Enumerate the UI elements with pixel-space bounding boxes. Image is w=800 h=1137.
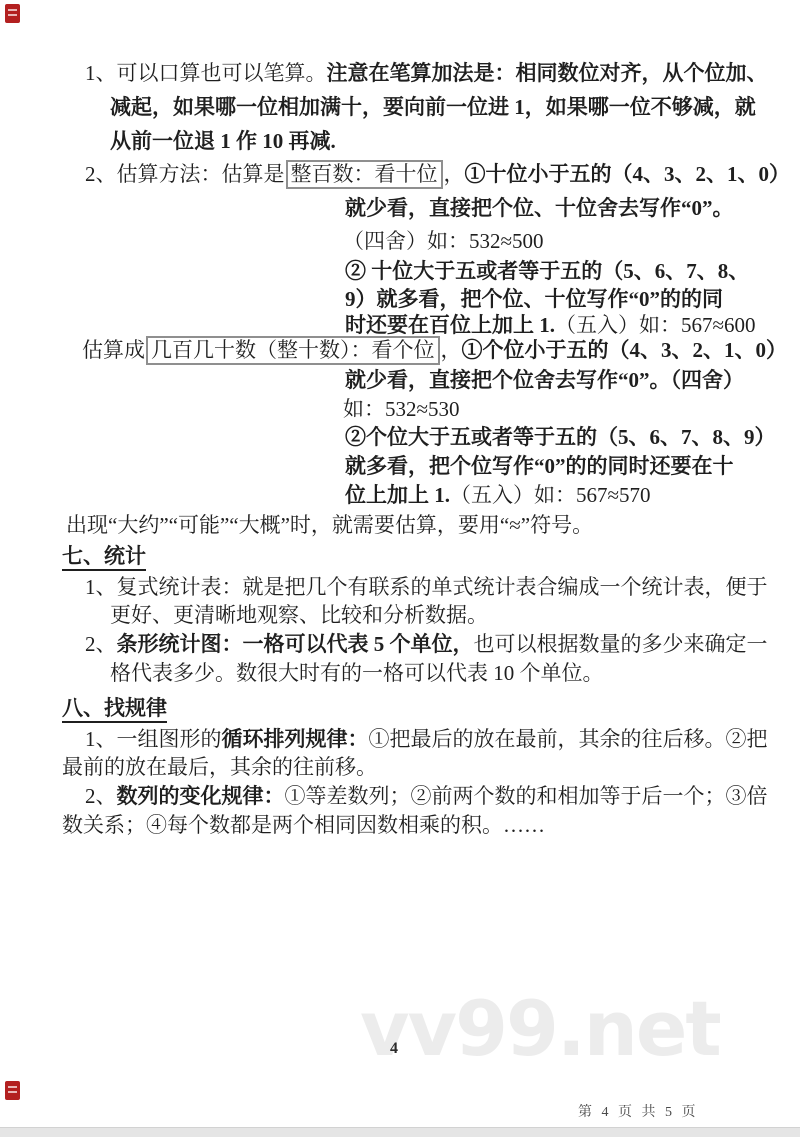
watermark: vv99.net [360, 984, 720, 1073]
text-line: 2、条形统计图：一格可以代表 5 个单位，也可以根据数量的多少来确定一 [85, 631, 768, 657]
footer-page-indicator: 第 4 页 共 5 页 [578, 1101, 699, 1121]
text-line: 估算成几百几十数（整十数）：看个位，①个位小于五的（4、3、2、1、0） [82, 337, 787, 363]
text-line: 减起，如果哪一位相加满十，要向前一位进 1，如果哪一位不够减，就 [110, 94, 756, 120]
text-segment: ， [441, 338, 462, 362]
boxed-term: 整百数：看十位 [286, 160, 443, 189]
text-segment: 减起，如果哪一位相加满十，要向前一位进 1，如果哪一位不够减，就 [110, 95, 756, 119]
text-line: （四舍）如：532≈500 [343, 228, 544, 254]
text-segment: 2、 [85, 784, 117, 808]
page-bottom-edge [0, 1127, 800, 1137]
text-segment: 1、一组图形的 [85, 727, 222, 751]
text-line: 2、估算方法：估算是整百数：看十位，①十位小于五的（4、3、2、1、0） [85, 161, 790, 187]
text-segment: 格代表多少。数很大时有的一格可以代表 10 个单位。 [110, 661, 604, 685]
text-line: 就少看，直接把个位、十位舍去写作“0”。 [345, 195, 734, 221]
text-segment: 估算成 [82, 338, 145, 362]
text-line: 数关系；④每个数都是两个相同因数相乘的积。…… [62, 812, 545, 838]
text-segment: 就少看，直接把个位舍去写作“0”。（四舍） [345, 368, 744, 392]
text-line: 位上加上 1.（五入）如：567≈570 [345, 482, 651, 508]
text-segment: ①个位小于五的（4、3、2、1、0） [462, 338, 788, 362]
text-line: 2、数列的变化规律：①等差数列；②前两个数的和相加等于后一个；③倍 [85, 783, 768, 809]
document-page: vv99.net 1、可以口算也可以笔算。注意在笔算加法是：相同数位对齐，从个位… [0, 0, 800, 1137]
text-segment: 时还要在百位上加上 1. [345, 313, 555, 337]
text-line: 时还要在百位上加上 1.（五入）如：567≈600 [345, 312, 756, 338]
section-heading: 八、找规律 [62, 696, 167, 723]
text-segment: （四舍）如：532≈500 [343, 229, 544, 253]
boxed-term: 几百几十数（整十数）：看个位 [146, 336, 440, 365]
text-segment: 数关系；④每个数都是两个相同因数相乘的积。…… [62, 813, 545, 837]
text-line: ②个位大于五或者等于五的（5、6、7、8、9） [345, 424, 776, 450]
text-line: 1、一组图形的循环排列规律：①把最后的放在最前，其余的往后移。②把 [85, 726, 768, 752]
text-segment: 位上加上 1. [345, 483, 450, 507]
text-segment: ， [444, 162, 465, 186]
text-segment: 循环排列规律： [222, 727, 369, 751]
text-segment: 1、复式统计表：就是把几个有联系的单式统计表合编成一个统计表，便于 [85, 575, 768, 599]
text-segment: ①十位小于五的（4、3、2、1、0） [465, 162, 791, 186]
corner-stamp-icon [5, 4, 20, 23]
section-heading: 七、统计 [62, 544, 146, 571]
text-segment: 如：532≈530 [343, 397, 460, 421]
corner-stamp-icon [5, 1081, 20, 1100]
text-line: 格代表多少。数很大时有的一格可以代表 10 个单位。 [110, 660, 604, 686]
text-segment: 9）就多看，把个位、十位写作“0”的的同 [345, 287, 723, 311]
text-line: ② 十位大于五或者等于五的（5、6、7、8、 [345, 258, 749, 284]
text-segment: 也可以根据数量的多少来确定一 [474, 632, 768, 656]
text-segment: 1、可以口算也可以笔算。 [85, 61, 327, 85]
text-line: 就少看，直接把个位舍去写作“0”。（四舍） [345, 367, 744, 393]
text-segment: ①把最后的放在最前，其余的往后移。②把 [369, 727, 768, 751]
text-segment: ②个位大于五或者等于五的（5、6、7、8、9） [345, 425, 776, 449]
text-line: 出现“大约”“可能”“大概”时，就需要估算，要用“≈”符号。 [66, 512, 593, 538]
text-segment: 条形统计图：一格可以代表 5 个单位， [117, 632, 474, 656]
text-segment: 注意在笔算加法是：相同数位对齐，从个位加、 [327, 61, 768, 85]
text-segment: 数列的变化规律： [117, 784, 285, 808]
page-number: 4 [390, 1040, 398, 1058]
text-segment: 从前一位退 1 作 10 再减. [110, 129, 336, 153]
text-segment: （五入）如：567≈570 [450, 483, 651, 507]
text-line: 最前的放在最后，其余的往前移。 [62, 754, 377, 780]
text-segment: 最前的放在最后，其余的往前移。 [62, 755, 377, 779]
text-line: 1、复式统计表：就是把几个有联系的单式统计表合编成一个统计表，便于 [85, 574, 768, 600]
text-segment: 2、估算方法：估算是 [85, 162, 285, 186]
text-segment: 出现“大约”“可能”“大概”时，就需要估算，要用“≈”符号。 [66, 513, 593, 537]
text-segment: 2、 [85, 632, 117, 656]
text-segment: （五入）如：567≈600 [555, 313, 756, 337]
text-line: 从前一位退 1 作 10 再减. [110, 128, 336, 154]
text-line: 9）就多看，把个位、十位写作“0”的的同 [345, 286, 723, 312]
text-line: 就多看，把个位写作“0”的的同时还要在十 [345, 453, 734, 479]
text-line: 八、找规律 [62, 695, 167, 721]
text-segment: ①等差数列；②前两个数的和相加等于后一个；③倍 [285, 784, 768, 808]
text-segment: ② 十位大于五或者等于五的（5、6、7、8、 [345, 259, 749, 283]
text-segment: 就少看，直接把个位、十位舍去写作“0”。 [345, 196, 734, 220]
text-line: 七、统计 [62, 543, 146, 569]
text-segment: 更好、更清晰地观察、比较和分析数据。 [110, 603, 488, 627]
text-line: 如：532≈530 [343, 396, 460, 422]
text-segment: 就多看，把个位写作“0”的的同时还要在十 [345, 454, 734, 478]
text-line: 1、可以口算也可以笔算。注意在笔算加法是：相同数位对齐，从个位加、 [85, 60, 768, 86]
text-line: 更好、更清晰地观察、比较和分析数据。 [110, 602, 488, 628]
